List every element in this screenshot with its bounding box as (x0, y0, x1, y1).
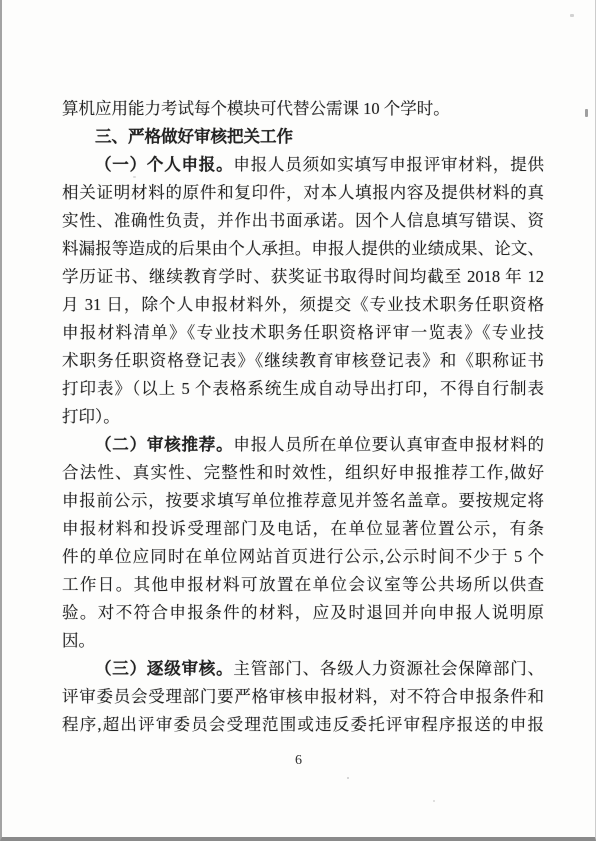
line-text: 申报人员须如实填写申报评审材料，提供 (233, 155, 544, 174)
line-text: 验。对不符合申报条件的材料，应及时退回并向申报人说明原 (62, 603, 544, 622)
scan-speck (585, 109, 588, 117)
line-text: 程序,超出评审委员会受理范围或违反委托评审程序报送的申报 (62, 715, 544, 734)
document-page: 算机应用能力考试每个模块可代替公需课 10 个学时。 三、严格做好审核把关工作 … (0, 0, 596, 841)
text-line: 相关证明材料的原件和复印件，对本人填报内容及提供材料的真 (62, 179, 544, 207)
line-text: 术职务任职资格登记表》《继续教育审核登记表》和《职称证书 (62, 351, 544, 370)
paragraph-lead: 三、严格做好审核把关工作 (95, 127, 293, 146)
text-line: 申报材料和投诉受理部门及电话，在单位显著位置公示，有条 (62, 515, 544, 543)
line-text: 申报前公示，按要求填写单位推荐意见并签名盖章。要按规定将 (62, 491, 544, 510)
line-text: 申报材料和投诉受理部门及电话，在单位显著位置公示，有条 (62, 519, 544, 538)
text-line: 打印）。 (62, 403, 544, 431)
line-text: 申报材料清单》《专业技术职务任职资格评审一览表》《专业技 (62, 323, 544, 342)
text-line: 三、严格做好审核把关工作 (62, 123, 544, 151)
line-text: 主管部门、各级人力资源社会保障部门、 (233, 659, 544, 678)
line-text: 因。 (62, 631, 95, 650)
paragraph-lead: （三）逐级审核。 (95, 659, 233, 678)
text-line: 合法性、真实性、完整性和时效性，组织好申报推荐工作,做好 (62, 459, 544, 487)
line-text: 月 31 日，除个人申报材料外，须提交《专业技术职务任职资格 (62, 295, 544, 314)
text-line: 件的单位应同时在单位网站首页进行公示,公示时间不少于 5 个 (62, 543, 544, 571)
line-text: 工作日。其他申报材料可放置在单位会议室等公共场所以供查 (62, 575, 544, 594)
line-text: 打印）。 (62, 407, 120, 426)
text-line: 料漏报等造成的后果由个人承担。申报人提供的业绩成果、论文、 (62, 235, 544, 263)
text-line: 工作日。其他申报材料可放置在单位会议室等公共场所以供查 (62, 571, 544, 599)
text-line: （一）个人申报。申报人员须如实填写申报评审材料，提供 (62, 151, 544, 179)
text-line: 因。 (62, 627, 544, 655)
line-text: 件的单位应同时在单位网站首页进行公示,公示时间不少于 5 个 (62, 547, 544, 566)
line-text: 评审委员会受理部门要严格审核申报材料，对不符合申报条件和 (62, 687, 544, 706)
line-text: 料漏报等造成的后果由个人承担。申报人提供的业绩成果、论文、 (62, 239, 544, 258)
line-text: 算机应用能力考试每个模块可代替公需课 10 个学时。 (62, 99, 450, 118)
text-line: 程序,超出评审委员会受理范围或违反委托评审程序报送的申报 (62, 711, 544, 739)
text-line: 算机应用能力考试每个模块可代替公需课 10 个学时。 (62, 95, 544, 123)
text-line: 打印表》（以上 5 个表格系统生成自动导出打印，不得自行制表 (62, 375, 544, 403)
text-line: 申报材料清单》《专业技术职务任职资格评审一览表》《专业技 (62, 319, 544, 347)
scan-speck (133, 176, 136, 178)
line-text: 打印表》（以上 5 个表格系统生成自动导出打印，不得自行制表 (62, 379, 544, 398)
line-text: 学历证书、继续教育学时、获奖证书取得时间均截至 2018 年 12 (62, 267, 544, 286)
text-line: 评审委员会受理部门要严格审核申报材料，对不符合申报条件和 (62, 683, 544, 711)
paragraph-lead: （一）个人申报。 (95, 155, 233, 174)
scan-speck (347, 777, 349, 779)
text-line: （三）逐级审核。主管部门、各级人力资源社会保障部门、 (62, 655, 544, 683)
text-line: 月 31 日，除个人申报材料外，须提交《专业技术职务任职资格 (62, 291, 544, 319)
text-line: 实性、准确性负责，并作出书面承诺。因个人信息填写错误、资 (62, 207, 544, 235)
text-line: 术职务任职资格登记表》《继续教育审核登记表》和《职称证书 (62, 347, 544, 375)
document-body: 算机应用能力考试每个模块可代替公需课 10 个学时。 三、严格做好审核把关工作 … (62, 95, 544, 739)
paragraph-lead: （二）审核推荐。 (95, 435, 233, 454)
scan-speck (433, 800, 435, 802)
line-text: 合法性、真实性、完整性和时效性，组织好申报推荐工作,做好 (62, 463, 544, 482)
text-line: （二）审核推荐。申报人员所在单位要认真审查申报材料的 (62, 431, 544, 459)
line-text: 申报人员所在单位要认真审查申报材料的 (233, 435, 544, 454)
line-text: 实性、准确性负责，并作出书面承诺。因个人信息填写错误、资 (62, 211, 544, 230)
page-number: 6 (2, 753, 595, 769)
line-text: 相关证明材料的原件和复印件，对本人填报内容及提供材料的真 (62, 183, 544, 202)
scan-speck (570, 14, 574, 17)
text-line: 验。对不符合申报条件的材料，应及时退回并向申报人说明原 (62, 599, 544, 627)
text-line: 学历证书、继续教育学时、获奖证书取得时间均截至 2018 年 12 (62, 263, 544, 291)
text-line: 申报前公示，按要求填写单位推荐意见并签名盖章。要按规定将 (62, 487, 544, 515)
